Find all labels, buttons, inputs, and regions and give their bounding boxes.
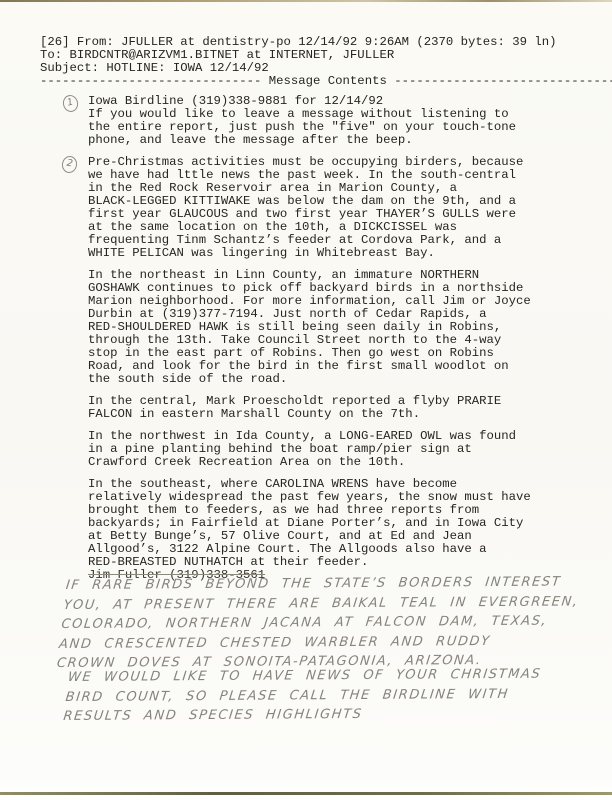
handwritten-circled-number-2: 2 bbox=[61, 155, 79, 174]
message-contents-separator: ------------------------------ Message C… bbox=[40, 75, 612, 88]
scan-bottom-edge bbox=[0, 792, 612, 795]
email-header: [26] From: JFULLER at dentistry-po 12/14… bbox=[40, 36, 612, 88]
scanned-email-page: [26] From: JFULLER at dentistry-po 12/14… bbox=[0, 0, 612, 800]
scan-top-edge bbox=[0, 0, 612, 2]
typed-item-2: Pre-Christmas activities must be occupyi… bbox=[88, 156, 523, 260]
handwritten-circled-number-1: 1 bbox=[61, 93, 80, 113]
typed-item-1: Iowa Birdline (319)338-9881 for 12/14/92… bbox=[88, 95, 516, 147]
typed-paragraph-southeast: In the southeast, where CAROLINA WRENS h… bbox=[88, 478, 531, 569]
typed-paragraph-central: In the central, Mark Proescholdt reporte… bbox=[88, 395, 501, 421]
handwritten-note-rare-birds: IF RARE BIRDS BEYOND THE STATE’S BORDERS… bbox=[56, 572, 582, 673]
handwritten-note-christmas-count: WE WOULD LIKE TO HAVE NEWS OF YOUR CHRIS… bbox=[62, 665, 542, 727]
typed-paragraph-northwest: In the northwest in Ida County, a LONG-E… bbox=[88, 430, 516, 469]
typed-paragraph-northeast: In the northeast in Linn County, an imma… bbox=[88, 269, 531, 386]
